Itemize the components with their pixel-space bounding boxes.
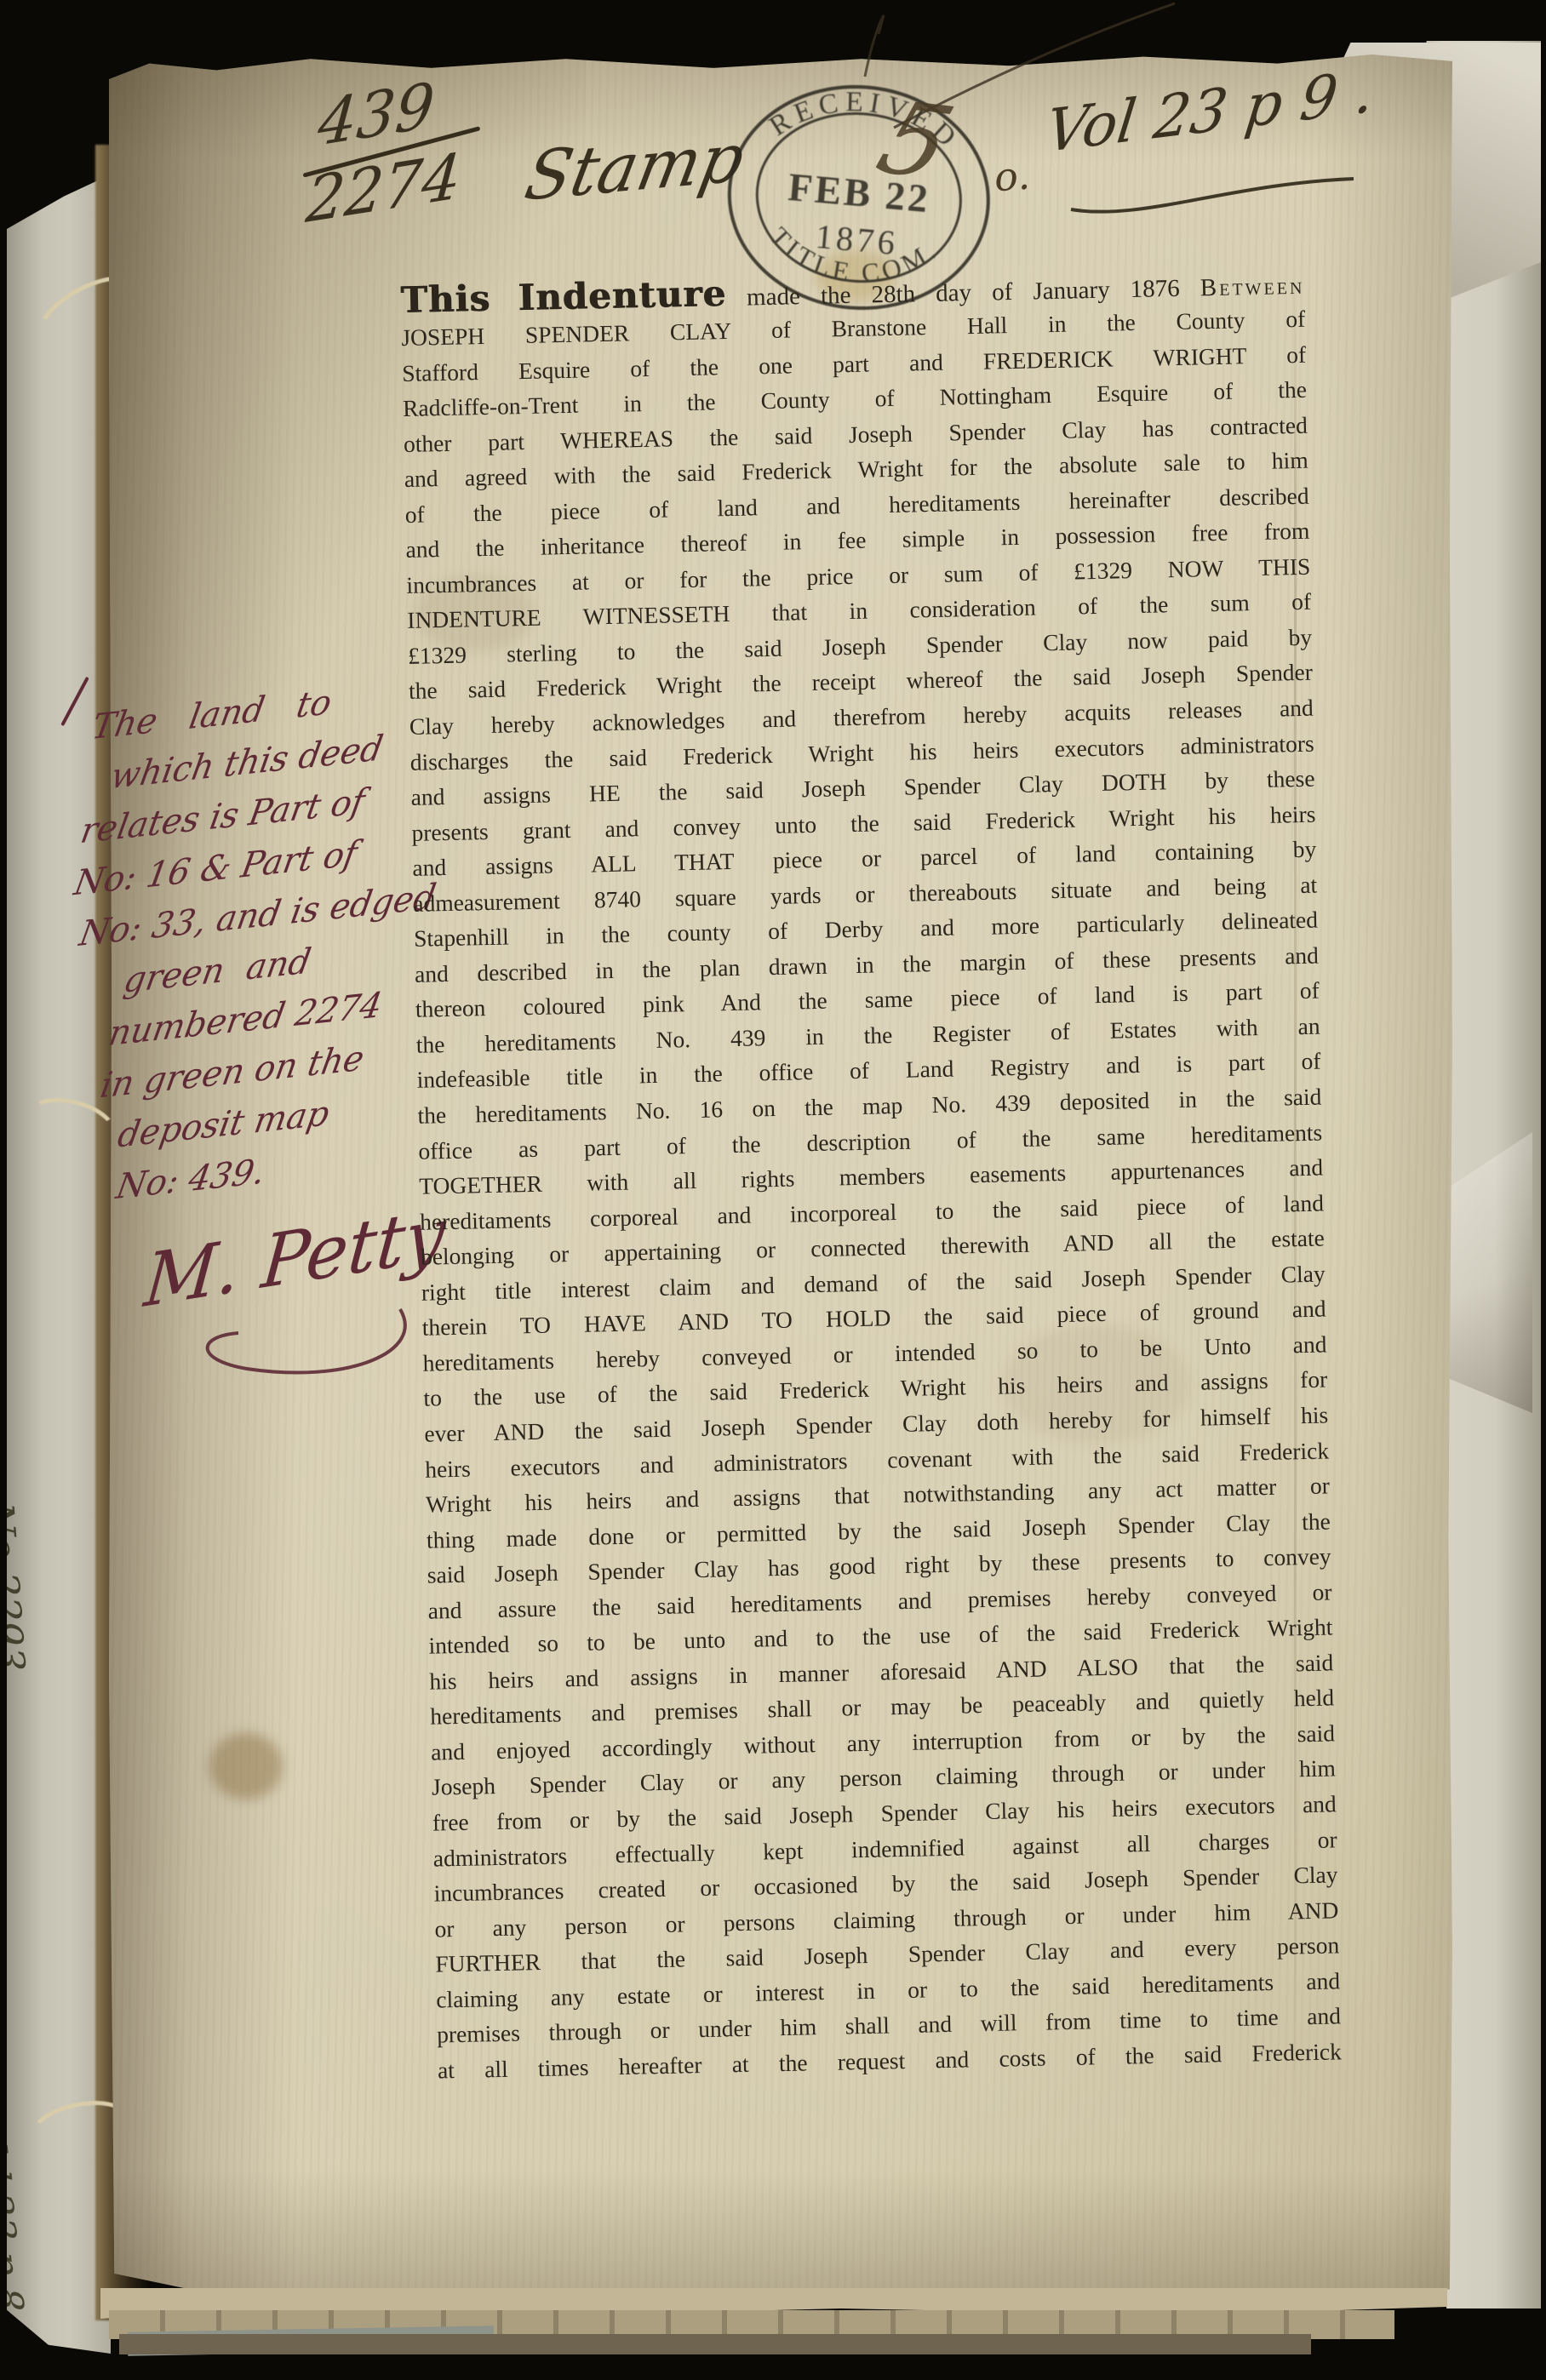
filing-fraction: 439 2274: [290, 68, 492, 231]
deed-heading-between: Between: [1200, 272, 1305, 302]
signature-flourish: [145, 1302, 426, 1396]
margin-note: The land towhich this deedrelates is Par…: [56, 669, 456, 1214]
bottom-page-edges: [119, 2334, 1311, 2354]
deed-text-block: This Indenture made the 28th day of Janu…: [400, 262, 1342, 2088]
spine-annotation-lower: Vol 23 p 8: [0, 2120, 31, 2312]
stamp-date-year: 1876: [814, 217, 900, 262]
scanned-deed-page: No 2293 Vol 23 p 8 439 2274 Stamp: [0, 0, 1546, 2380]
volume-underline: [1066, 169, 1364, 228]
paper-stain: [209, 1733, 283, 1799]
overstamp-mark: o.: [993, 152, 1031, 201]
deed-heading-blackletter: This Indenture: [400, 272, 726, 320]
deed-body-lines: JOSEPH SPENDER CLAY of Branstone Hall in…: [401, 301, 1342, 2088]
spine-annotation-upper: No 2293: [0, 1499, 34, 1672]
